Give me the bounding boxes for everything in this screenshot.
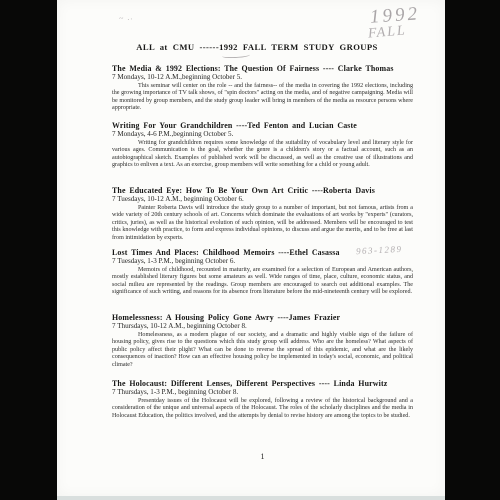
section-schedule: 7 Mondays, 10-12 A.M.,beginning October …	[112, 73, 413, 82]
section-schedule: 7 Thursdays, 1-3 P.M., beginning October…	[112, 388, 413, 397]
section-description: Painter Roberta Davis will introduce the…	[112, 205, 413, 242]
study-group-section-educated-eye: The Educated Eye: How To Be Your Own Art…	[112, 186, 413, 242]
section-schedule: 7 Tuesdays, 10-12 A.M., beginning Octobe…	[112, 195, 413, 204]
pencil-corner-mark: ~ ..	[118, 12, 133, 23]
section-heading: The Media & 1992 Elections: The Question…	[112, 64, 413, 73]
study-group-section-holocaust: The Holocaust: Different Lenses, Differe…	[112, 379, 413, 420]
document-title: ALL at CMU ------1992 FALL TERM STUDY GR…	[97, 42, 417, 52]
handwritten-term-note: FALL	[367, 23, 407, 42]
section-heading: The Educated Eye: How To Be Your Own Art…	[112, 186, 413, 195]
section-schedule: 7 Thursdays, 10-12 A.M., beginning Octob…	[112, 322, 413, 331]
section-heading: The Holocaust: Different Lenses, Differe…	[112, 379, 413, 388]
pencil-underline-title-year	[222, 53, 250, 59]
study-group-section-homelessness: Homelessness: A Housing Policy Gone Awry…	[112, 313, 413, 369]
section-schedule: 7 Mondays, 4-6 P.M.,beginning October 5.	[112, 130, 413, 139]
scanner-black-edge-right	[445, 0, 500, 500]
study-group-section-media-elections: The Media & 1992 Elections: The Question…	[112, 64, 413, 113]
section-heading: Writing For Your Grandchildren ----Ted F…	[112, 121, 413, 130]
scanner-black-edge-left	[0, 0, 57, 500]
section-schedule: 7 Tuesdays, 1-3 P.M., beginning October …	[112, 257, 413, 266]
section-description: Writing for grandchildren requires some …	[112, 140, 413, 170]
section-description: Presentday issues of the Holocaust will …	[112, 398, 413, 420]
scan-bottom-strip	[57, 496, 445, 500]
section-description: Memoirs of childhood, recounted in matur…	[112, 267, 413, 297]
section-description: This seminar will center on the role -- …	[112, 83, 413, 113]
section-description: Homelessness, as a modern plague of our …	[112, 332, 413, 369]
section-heading: Homelessness: A Housing Policy Gone Awry…	[112, 313, 413, 322]
study-group-section-writing-grandchildren: Writing For Your Grandchildren ----Ted F…	[112, 121, 413, 170]
page-number: 1	[112, 452, 413, 461]
